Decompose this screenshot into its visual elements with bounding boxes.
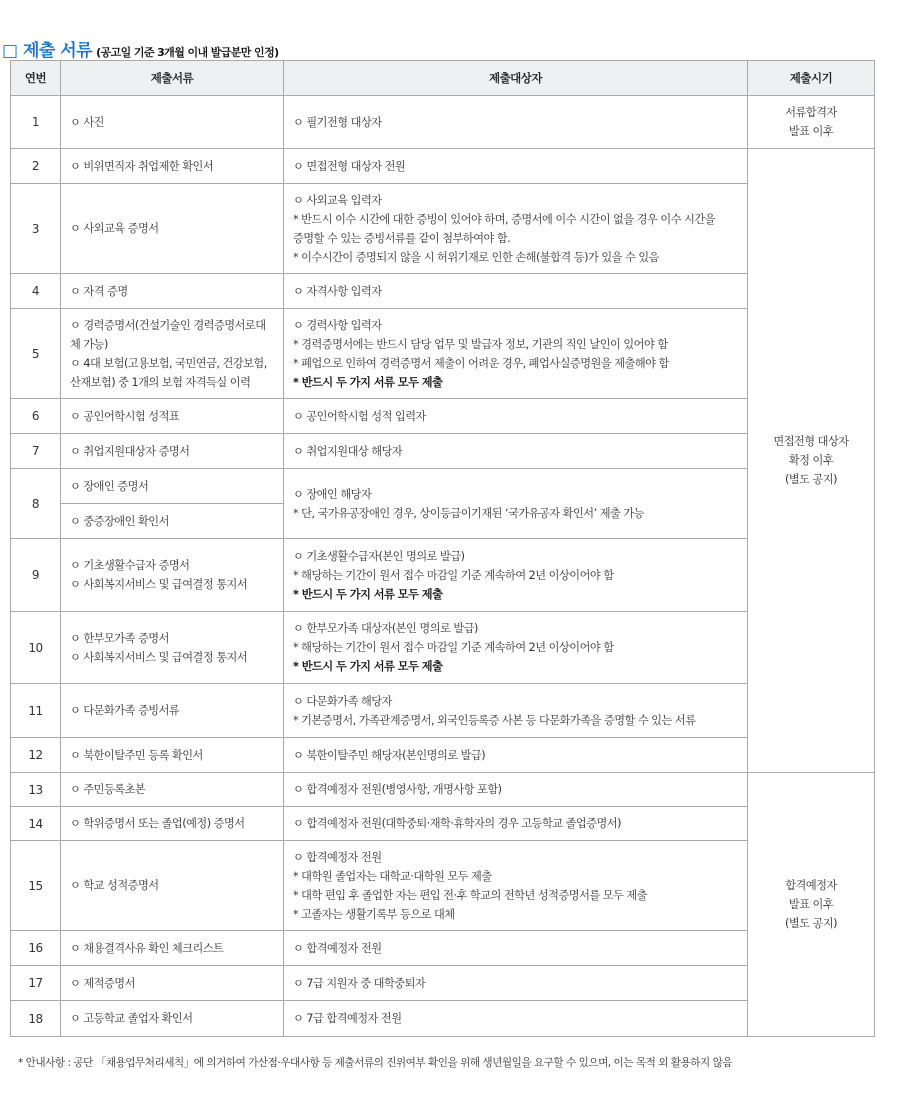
table-row: 9 ㅇ 기초생활수급자 증명서 ㅇ 사회복지서비스 및 급여결정 통지서 ㅇ 기… [11, 539, 875, 612]
row-target: ㅇ 면접전형 대상자 전원 [284, 149, 748, 184]
row-target: ㅇ 자격사항 입력자 [284, 274, 748, 309]
row-number: 13 [11, 773, 61, 807]
section-title-main: □ 제출 서류 [2, 36, 92, 61]
row-number: 15 [11, 841, 61, 931]
table-header-row: 연번 제출서류 제출대상자 제출시기 [11, 61, 875, 96]
row-target: ㅇ 장애인 해당자 * 단, 국가유공장애인 경우, 상이등급이기재된 ‘국가유… [284, 469, 748, 539]
row-documents: ㅇ 자격 증명 [61, 274, 284, 309]
row-number: 11 [11, 684, 61, 738]
row-number: 7 [11, 434, 61, 469]
row-target: ㅇ 한부모가족 대상자(본인 명의로 발급) * 해당하는 기간이 원서 접수 … [284, 612, 748, 684]
row-number: 9 [11, 539, 61, 612]
row-target: ㅇ 북한이탈주민 해당자(본인명의로 발급) [284, 738, 748, 773]
table-row: 18 ㅇ 고등학교 졸업자 확인서 ㅇ 7급 합격예정자 전원 [11, 1001, 875, 1037]
row-target: ㅇ 7급 지원자 중 대학중퇴자 [284, 966, 748, 1001]
table-row: 1 ㅇ 사진 ㅇ 필기전형 대상자 서류합격자 발표 이후 [11, 96, 875, 149]
row-documents: ㅇ 채용결격사유 확인 체크리스트 [61, 931, 284, 966]
row-target: ㅇ 취업지원대상 해당자 [284, 434, 748, 469]
timing-final-pass: 합격예정자 발표 이후 (별도 공지) [748, 773, 875, 1037]
row-documents: ㅇ 주민등록초본 [61, 773, 284, 807]
row-number: 18 [11, 1001, 61, 1037]
table-row: 3 ㅇ 사외교육 증명서 ㅇ 사외교육 입력자 * 반드시 이수 시간에 대한 … [11, 184, 875, 274]
row-number: 5 [11, 309, 61, 399]
header-timing: 제출시기 [748, 61, 875, 96]
row-number: 3 [11, 184, 61, 274]
section-title-subtitle: (공고일 기준 3개월 이내 발급분만 인정) [96, 44, 278, 60]
row-target: ㅇ 공인어학시험 성적 입력자 [284, 399, 748, 434]
timing-interview: 면접전형 대상자 확정 이후 (별도 공지) [748, 149, 875, 773]
table-row: 2 ㅇ 비위면직자 취업제한 확인서 ㅇ 면접전형 대상자 전원 면접전형 대상… [11, 149, 875, 184]
table-row: 14 ㅇ 학위증명서 또는 졸업(예정) 증명서 ㅇ 합격예정자 전원(대학중퇴… [11, 807, 875, 841]
row-number: 6 [11, 399, 61, 434]
row-documents: ㅇ 장애인 증명서 [61, 469, 284, 504]
row-number: 4 [11, 274, 61, 309]
row-target: ㅇ 다문화가족 해당자 * 기본증명서, 가족관계증명서, 외국인등록증 사본 … [284, 684, 748, 738]
row-number: 14 [11, 807, 61, 841]
table-row: 5 ㅇ 경력증명서(건설기술인 경력증명서로대 체 가능) ㅇ 4대 보험(고용… [11, 309, 875, 399]
row-documents: ㅇ 비위면직자 취업제한 확인서 [61, 149, 284, 184]
row-target: ㅇ 기초생활수급자(본인 명의로 발급) * 해당하는 기간이 원서 접수 마감… [284, 539, 748, 612]
row-target: ㅇ 합격예정자 전원 [284, 931, 748, 966]
row-documents: ㅇ 고등학교 졸업자 확인서 [61, 1001, 284, 1037]
row-number: 16 [11, 931, 61, 966]
row-documents: ㅇ 제적증명서 [61, 966, 284, 1001]
row-target: ㅇ 사외교육 입력자 * 반드시 이수 시간에 대한 증빙이 있어야 하며, 증… [284, 184, 748, 274]
row-documents: ㅇ 다문화가족 증빙서류 [61, 684, 284, 738]
checkbox-square-icon: □ [2, 41, 18, 61]
table-row: 17 ㅇ 제적증명서 ㅇ 7급 지원자 중 대학중퇴자 [11, 966, 875, 1001]
row-target: ㅇ 합격예정자 전원 * 대학원 졸업자는 대학교·대학원 모두 제출 * 대학… [284, 841, 748, 931]
row-number: 10 [11, 612, 61, 684]
row-documents: ㅇ 학교 성적증명서 [61, 841, 284, 931]
row-target: ㅇ 합격예정자 전원(대학중퇴·재학·휴학자의 경우 고등학교 졸업증명서) [284, 807, 748, 841]
table-row: 4 ㅇ 자격 증명 ㅇ 자격사항 입력자 [11, 274, 875, 309]
row-documents: ㅇ 사진 [61, 96, 284, 149]
row-documents: ㅇ 취업지원대상자 증명서 [61, 434, 284, 469]
row-documents: ㅇ 중증장애인 확인서 [61, 504, 284, 539]
header-number: 연번 [11, 61, 61, 96]
timing-document-pass: 서류합격자 발표 이후 [748, 96, 875, 149]
row-documents: ㅇ 한부모가족 증명서 ㅇ 사회복지서비스 및 급여결정 통지서 [61, 612, 284, 684]
header-target: 제출대상자 [284, 61, 748, 96]
row-documents: ㅇ 경력증명서(건설기술인 경력증명서로대 체 가능) ㅇ 4대 보험(고용보험… [61, 309, 284, 399]
table-row: 16 ㅇ 채용결격사유 확인 체크리스트 ㅇ 합격예정자 전원 [11, 931, 875, 966]
row-number: 17 [11, 966, 61, 1001]
submission-documents-table: 연번 제출서류 제출대상자 제출시기 1 ㅇ 사진 ㅇ 필기전형 대상자 서류합… [10, 60, 875, 1037]
table-row: 8 ㅇ 장애인 증명서 ㅇ 장애인 해당자 * 단, 국가유공장애인 경우, 상… [11, 469, 875, 504]
row-documents: ㅇ 공인어학시험 성적표 [61, 399, 284, 434]
row-target: ㅇ 필기전형 대상자 [284, 96, 748, 149]
row-target: ㅇ 합격예정자 전원(병영사항, 개명사항 포함) [284, 773, 748, 807]
row-number: 2 [11, 149, 61, 184]
table-row: 13 ㅇ 주민등록초본 ㅇ 합격예정자 전원(병영사항, 개명사항 포함) 합격… [11, 773, 875, 807]
row-number: 8 [11, 469, 61, 539]
row-documents: ㅇ 북한이탈주민 등록 확인서 [61, 738, 284, 773]
row-target: ㅇ 경력사항 입력자 * 경력증명서에는 반드시 담당 업무 및 발급자 정보,… [284, 309, 748, 399]
row-documents: ㅇ 학위증명서 또는 졸업(예정) 증명서 [61, 807, 284, 841]
row-number: 12 [11, 738, 61, 773]
row-documents: ㅇ 기초생활수급자 증명서 ㅇ 사회복지서비스 및 급여결정 통지서 [61, 539, 284, 612]
table-row: 7 ㅇ 취업지원대상자 증명서 ㅇ 취업지원대상 해당자 [11, 434, 875, 469]
section-title: □ 제출 서류 (공고일 기준 3개월 이내 발급분만 인정) [2, 36, 279, 61]
table-row: 15 ㅇ 학교 성적증명서 ㅇ 합격예정자 전원 * 대학원 졸업자는 대학교·… [11, 841, 875, 931]
row-number: 1 [11, 96, 61, 149]
table-row: 6 ㅇ 공인어학시험 성적표 ㅇ 공인어학시험 성적 입력자 [11, 399, 875, 434]
footer-notice: * 안내사항 : 공단 「채용업무처리세칙」에 의거하여 가산점·우대사항 등 … [18, 1055, 732, 1070]
table-row: 12 ㅇ 북한이탈주민 등록 확인서 ㅇ 북한이탈주민 해당자(본인명의로 발급… [11, 738, 875, 773]
row-documents: ㅇ 사외교육 증명서 [61, 184, 284, 274]
row-target: ㅇ 7급 합격예정자 전원 [284, 1001, 748, 1037]
header-documents: 제출서류 [61, 61, 284, 96]
table-row: 11 ㅇ 다문화가족 증빙서류 ㅇ 다문화가족 해당자 * 기본증명서, 가족관… [11, 684, 875, 738]
table-row: 10 ㅇ 한부모가족 증명서 ㅇ 사회복지서비스 및 급여결정 통지서 ㅇ 한부… [11, 612, 875, 684]
